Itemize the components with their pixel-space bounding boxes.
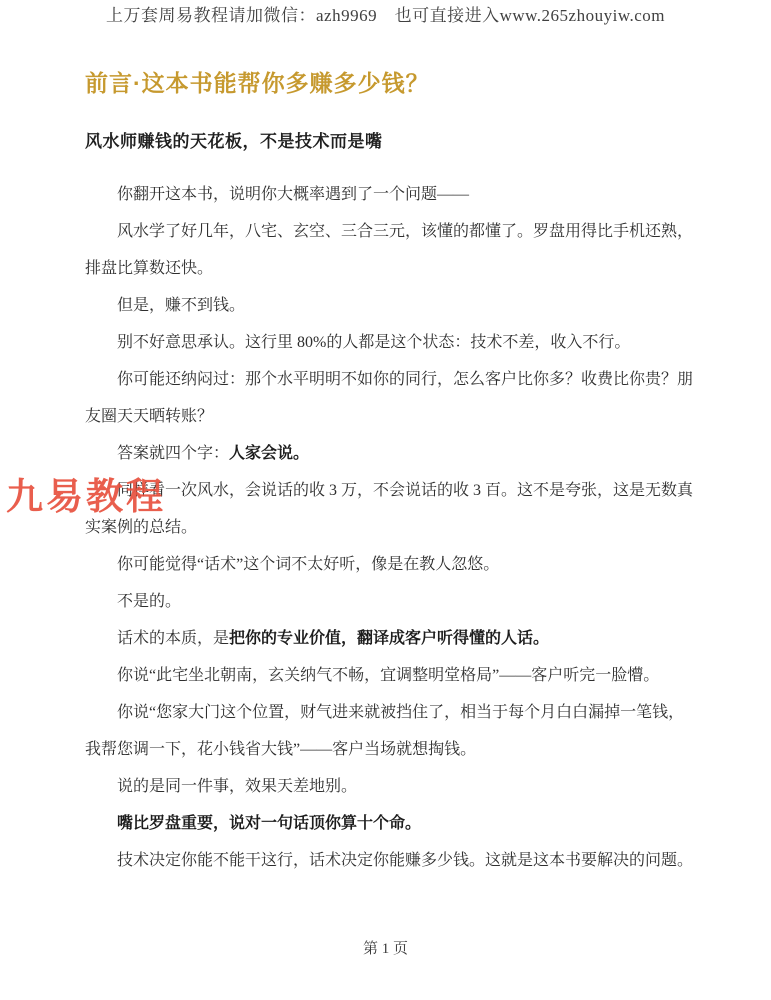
paragraph: 不是的。 [85,583,693,620]
paragraph: 嘴比罗盘重要，说对一句话顶你算十个命。 [85,805,693,842]
paragraph: 你说“此宅坐北朝南，玄关纳气不畅，宜调整明堂格局”——客户听完一脸懵。 [85,657,693,694]
paragraph-text: 答案就四个字： [117,445,229,462]
section-heading: 风水师赚钱的天花板，不是技术而是嘴 [85,132,693,152]
paragraph-text: 但是，赚不到钱。 [117,297,245,314]
paragraph-list: 你翻开这本书，说明你大概率遇到了一个问题——风水学了好几年，八宅、玄空、三合三元… [85,176,693,879]
paragraph: 风水学了好几年，八宅、玄空、三合三元，该懂的都懂了。罗盘用得比手机还熟，排盘比算… [85,213,693,287]
paragraph-text: 你可能觉得“话术”这个词不太好听，像是在教人忽悠。 [117,556,499,573]
paragraph: 同样看一次风水，会说话的收 3 万，不会说话的收 3 百。这不是夸张，这是无数真… [85,472,693,546]
paragraph-text: 你翻开这本书，说明你大概率遇到了一个问题—— [117,186,469,203]
paragraph: 话术的本质，是把你的专业价值，翻译成客户听得懂的人话。 [85,620,693,657]
document-body: 前言·这本书能帮你多赚多少钱？ 风水师赚钱的天花板，不是技术而是嘴 你翻开这本书… [85,70,693,879]
paragraph: 你说“您家大门这个位置，财气进来就被挡住了，相当于每个月白白漏掉一笔钱，我帮您调… [85,694,693,768]
paragraph: 你可能还纳闷过：那个水平明明不如你的同行，怎么客户比你多？收费比你贵？朋友圈天天… [85,361,693,435]
paragraph: 你可能觉得“话术”这个词不太好听，像是在教人忽悠。 [85,546,693,583]
paragraph-text: 风水学了好几年，八宅、玄空、三合三元，该懂的都懂了。罗盘用得比手机还熟，排盘比算… [85,223,693,277]
page-title: 前言·这本书能帮你多赚多少钱？ [85,70,693,96]
paragraph-text: 同样看一次风水，会说话的收 3 万，不会说话的收 3 百。这不是夸张，这是无数真… [85,482,693,536]
paragraph: 别不好意思承认。这行里 80%的人都是这个状态：技术不差，收入不行。 [85,324,693,361]
emphasis-text: 把你的专业价值，翻译成客户听得懂的人话。 [229,630,549,647]
paragraph-text: 你可能还纳闷过：那个水平明明不如你的同行，怎么客户比你多？收费比你贵？朋友圈天天… [85,371,693,425]
document-page: 上万套周易教程请加微信：azh9969 也可直接进入www.265zhouyiw… [0,0,771,1000]
paragraph: 答案就四个字：人家会说。 [85,435,693,472]
emphasis-text: 人家会说。 [229,445,309,462]
paragraph-text: 不是的。 [117,593,181,610]
paragraph-text: 技术决定你能不能干这行，话术决定你能赚多少钱。这就是这本书要解决的问题。 [117,852,693,869]
paragraph-text: 话术的本质，是 [117,630,229,647]
paragraph-text: 说的是同一件事，效果天差地别。 [117,778,357,795]
paragraph: 但是，赚不到钱。 [85,287,693,324]
paragraph-text: 别不好意思承认。这行里 80%的人都是这个状态：技术不差，收入不行。 [117,334,630,351]
paragraph: 技术决定你能不能干这行，话术决定你能赚多少钱。这就是这本书要解决的问题。 [85,842,693,879]
paragraph: 说的是同一件事，效果天差地别。 [85,768,693,805]
page-number: 第 1 页 [0,937,771,958]
header-contact-text: 上万套周易教程请加微信：azh9969 也可直接进入www.265zhouyiw… [0,0,771,28]
paragraph-text: 你说“此宅坐北朝南，玄关纳气不畅，宜调整明堂格局”——客户听完一脸懵。 [117,667,659,684]
paragraph-text: 你说“您家大门这个位置，财气进来就被挡住了，相当于每个月白白漏掉一笔钱，我帮您调… [85,704,684,758]
paragraph: 你翻开这本书，说明你大概率遇到了一个问题—— [85,176,693,213]
emphasis-text: 嘴比罗盘重要，说对一句话顶你算十个命。 [117,815,421,832]
watermark-text: 九易教程 [6,478,166,515]
